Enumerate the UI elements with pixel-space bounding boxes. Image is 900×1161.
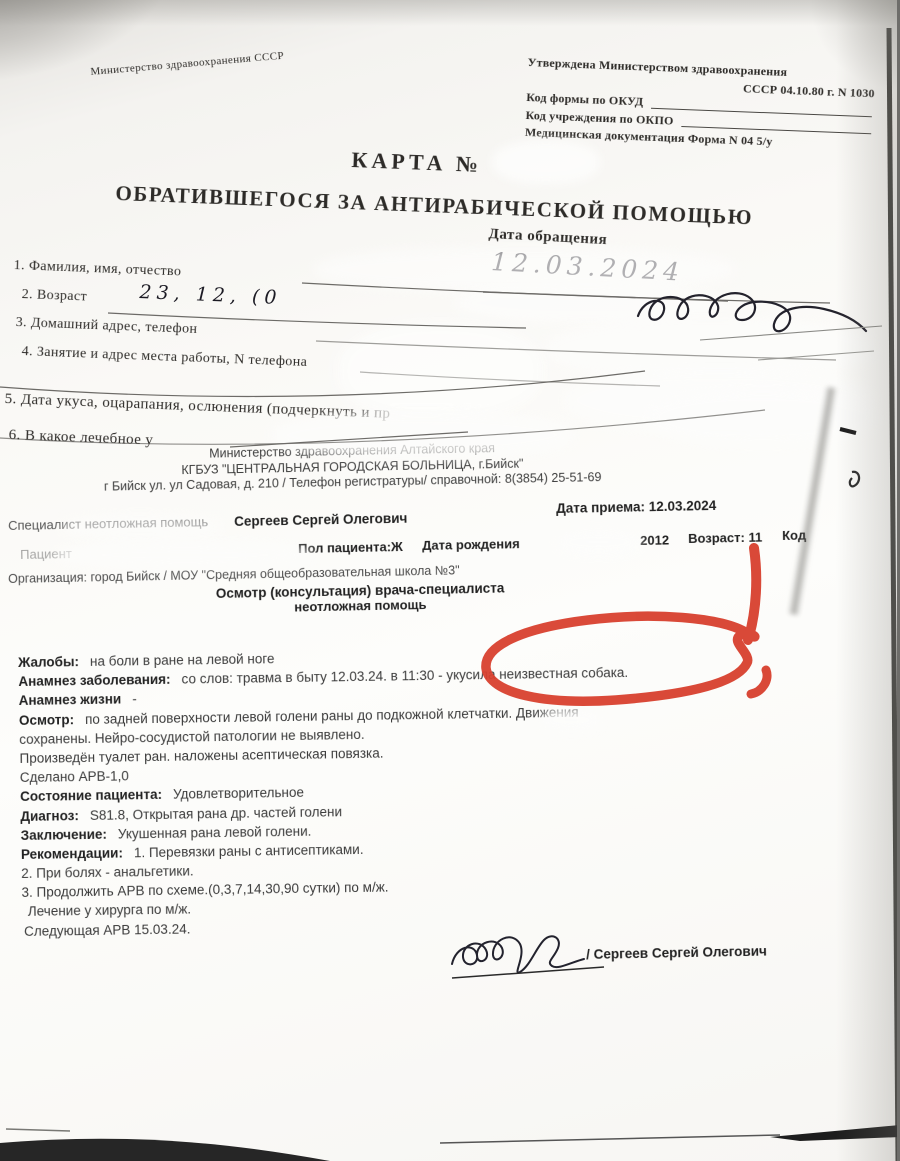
- approval-stamp-block: Утверждена Министерством здравоохранения…: [525, 54, 876, 155]
- field-address: 3. Домашний адрес, телефон: [15, 315, 197, 338]
- red-exclamation-stroke: [748, 548, 756, 640]
- row-text: Удовлетворительное: [173, 785, 304, 802]
- document-photo: Министерство здравоохранения СССР Утверж…: [0, 0, 900, 1161]
- age-handwritten: 23, 12, (0: [139, 281, 282, 309]
- row-text: Лечение у хирурга по м/ж.: [28, 902, 191, 919]
- visit-date-label: Дата обращения: [488, 226, 608, 249]
- row-text: 1. Перевязки раны с антисептиками.: [134, 842, 364, 860]
- row-text: S81.8, Открытая рана др. частей голени: [90, 804, 342, 823]
- form-ruled-lines: [0, 283, 836, 447]
- row-label: Состояние пациента:: [20, 787, 162, 804]
- patient-code-label: Код: [782, 528, 806, 543]
- row-text: на боли в ране на левой ноге: [90, 651, 275, 669]
- row-text: Сделано АРВ-1,0: [20, 768, 129, 785]
- admission-date-value: 12.03.2024: [649, 498, 717, 514]
- admission-date-row: Дата приема: 12.03.2024: [556, 498, 716, 516]
- specialist-label: Специалист неотложная помощь: [8, 514, 208, 533]
- whiteout-blob: [556, 529, 641, 555]
- field-fio: 1. Фамилия, имя, отчество: [13, 258, 181, 280]
- exam-body: Жалобы:на боли в ране на левой ноге Анам…: [18, 644, 792, 943]
- card-title: КАРТА №: [351, 147, 483, 178]
- whiteout-blob: [648, 390, 878, 445]
- ussr-ministry-line: Министерство здравоохранения СССР: [90, 50, 284, 78]
- birth-year: 2012: [640, 532, 669, 548]
- row-label: Анамнез жизни: [19, 692, 122, 709]
- admission-date-label: Дата приема:: [556, 499, 645, 516]
- visit-date-handwritten: 12.03.2024: [490, 247, 684, 287]
- patient-sex: Пол пациента:Ж: [298, 539, 403, 556]
- paper-edge-shadow: [787, 387, 838, 616]
- row-label: Осмотр:: [19, 712, 74, 728]
- row-text: 2. При болях - анальгетики.: [21, 863, 194, 881]
- whiteout-blob: [492, 140, 600, 184]
- card-subtitle: ОБРАТИВШЕГОСЯ ЗА АНТИРАБИЧЕСКОЙ ПОМОЩЬЮ: [115, 181, 753, 230]
- specialist-name: Сергеев Сергей Олегович: [234, 511, 407, 529]
- birth-date-label: Дата рождения: [422, 536, 520, 553]
- row-label: Жалобы:: [18, 654, 79, 670]
- exam-title-block: Осмотр (консультация) врача-специалиста …: [60, 577, 660, 619]
- field-med-institution: 6. В какое лечебное у: [8, 427, 153, 450]
- whiteout-blob: [565, 368, 875, 432]
- whiteout-blob: [55, 542, 315, 568]
- row-label: Диагноз:: [20, 808, 79, 824]
- whiteout-blob: [545, 318, 875, 380]
- patient-age: Возраст: 11: [688, 530, 762, 546]
- field-work: 4. Занятие и адрес места работы, N телеф…: [21, 344, 307, 371]
- row-label: Рекомендации:: [21, 845, 123, 862]
- whiteout-blob: [455, 283, 720, 323]
- row-text: -: [132, 692, 137, 707]
- doctor-name: / Сергеев Сергей Олегович: [586, 944, 767, 962]
- field-age: 2. Возраст: [21, 287, 87, 305]
- row-label: Анамнез заболевания:: [18, 672, 170, 689]
- patient-name-ghost: Пациент: [20, 546, 72, 562]
- row-text: Следующая АРВ 15.03.24.: [24, 921, 191, 938]
- field-bite-date: 5. Дата укуса, оцарапания, ослюнения (по…: [4, 391, 390, 423]
- photo-top-shadow: [0, 0, 900, 26]
- applicant-signature: [638, 293, 882, 360]
- row-text: Укушенная рана левой голени.: [118, 823, 312, 841]
- row-label: Заключение:: [21, 826, 107, 842]
- doctor-signature: [452, 936, 604, 978]
- photo-right-shadow: [836, 0, 897, 1161]
